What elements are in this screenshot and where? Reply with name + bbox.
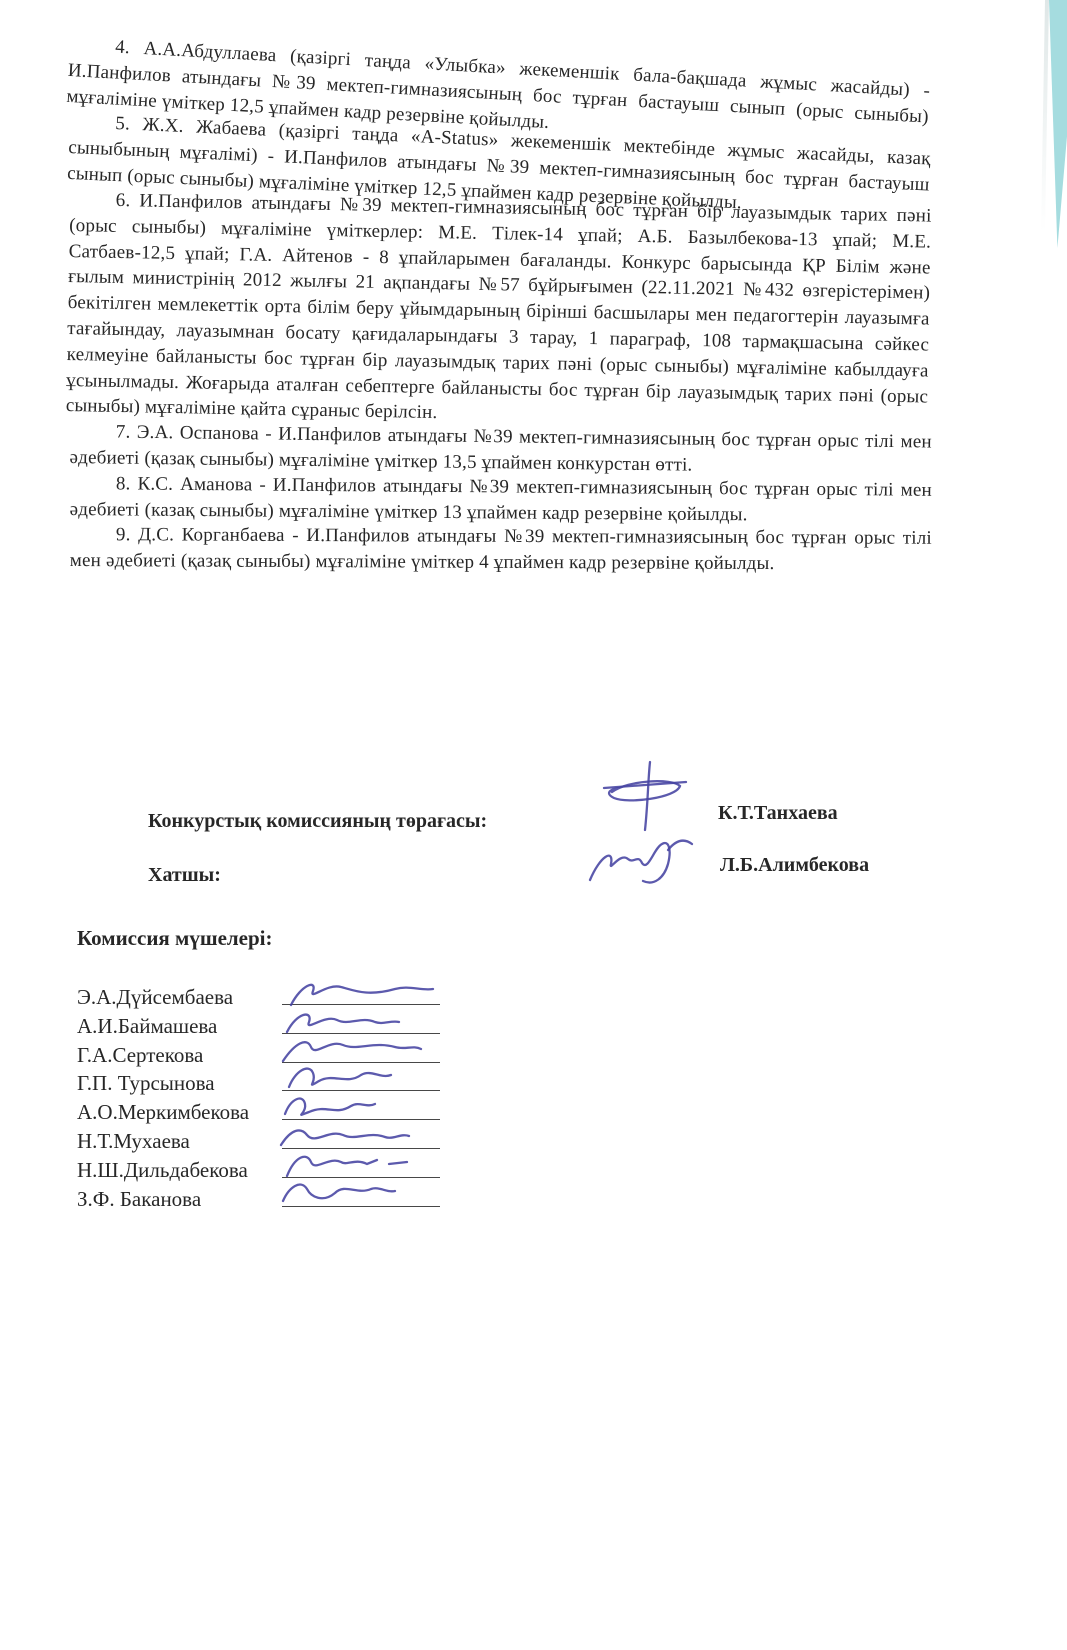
member-name: Г.П. Турсынова — [77, 1071, 215, 1096]
paper-edge-shadow — [1041, 0, 1049, 232]
member-name: Н.Ш.Дильдабекова — [77, 1158, 248, 1183]
member-name: Н.Т.Мухаева — [77, 1129, 190, 1154]
paragraph-9: 9. Д.С. Корганбаева - И.Панфилов атындағ… — [70, 522, 932, 577]
chairman-name: К.Т.Танхаева — [718, 802, 838, 825]
document-body: 4. А.А.Абдуллаева (қазіргі таңда «Улыбка… — [70, 32, 932, 574]
commission-heading: Комиссия мүшелері: — [77, 926, 273, 951]
member-name: Г.А.Сертекова — [77, 1043, 203, 1068]
member-row: З.Ф. Баканова — [77, 1187, 477, 1216]
secretary-name: Л.Б.Алимбекова — [720, 854, 869, 877]
secretary-role-label: Хатшы: — [148, 864, 221, 887]
member-signature-icon — [273, 1179, 449, 1217]
paragraph-8: 8. К.С. Аманова - И.Панфилов атындағы №3… — [70, 471, 932, 529]
member-name: Э.А.Дүйсембаева — [77, 985, 233, 1010]
commission-members-list: Э.А.Дүйсембаева А.И.Баймашева Г.А.Сертек… — [77, 985, 477, 1215]
scanned-document-page: 4. А.А.Абдуллаева (қазіргі таңда «Улыбка… — [0, 0, 1067, 1650]
paragraph-6: 6. И.Панфилов атындағы №39 мектеп-гимназ… — [66, 187, 932, 436]
member-name: З.Ф. Баканова — [77, 1187, 201, 1212]
member-name: А.О.Меркимбекова — [77, 1100, 249, 1125]
scan-background-strip — [1047, 0, 1067, 248]
chairman-role-label: Конкурстық комиссияның төрағасы: — [148, 810, 487, 833]
secretary-signature-icon — [582, 818, 700, 902]
member-name: А.И.Баймашева — [77, 1014, 217, 1039]
